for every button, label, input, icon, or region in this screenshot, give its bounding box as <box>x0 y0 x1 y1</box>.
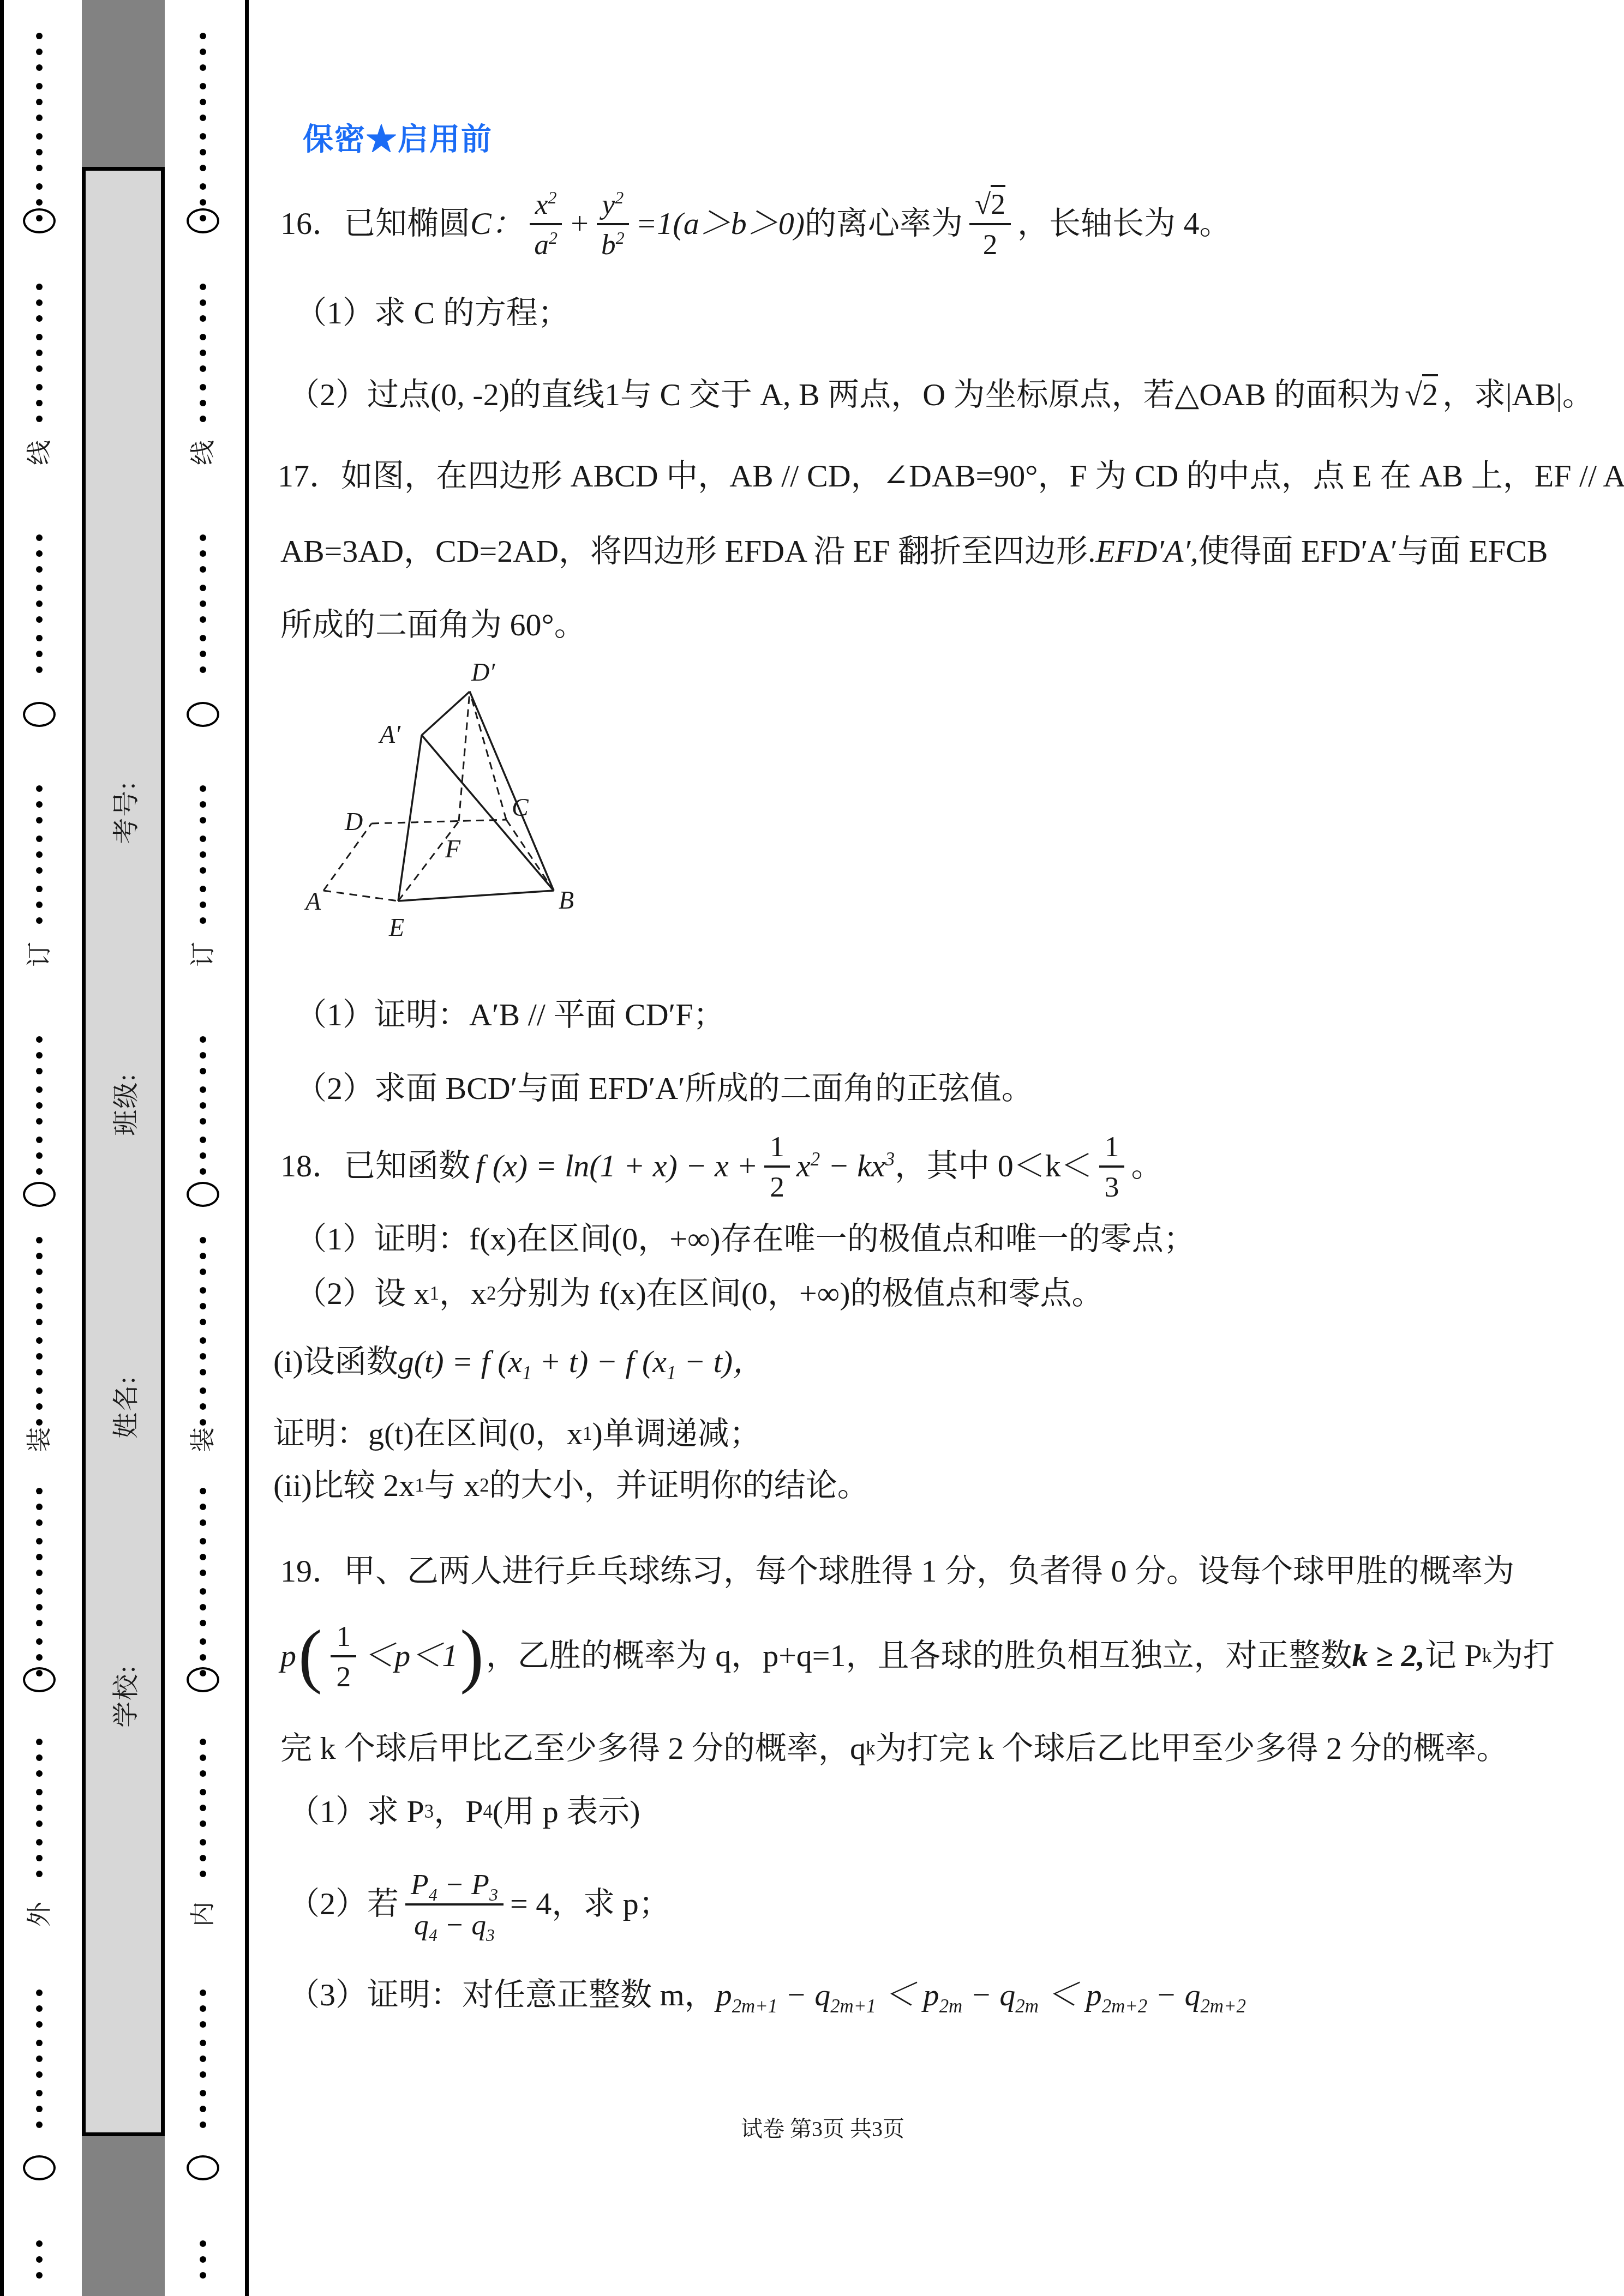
p19-q3-expression: p2m+1 − q2m+1 ＜ p2m − q2m ＜ p2m+2 − q2m+… <box>716 1976 1246 2015</box>
p16-middle-text: 的离心率为 <box>805 205 963 243</box>
dot-group <box>36 534 43 573</box>
problem-19-q1: （1）求 P3，P4(用 p 表示) <box>288 1793 640 1831</box>
figure-label-D: D <box>344 808 363 836</box>
frac-num: 1 <box>764 1131 790 1168</box>
problem-18-line1: 18．已知函数 f (x) = ln(1 + x) − x + 1 2 x2 −… <box>280 1114 1162 1218</box>
frac-den-minus: − <box>438 1908 472 1941</box>
p18-kx-sup: 3 <box>885 1148 895 1169</box>
dot-group <box>36 1036 43 1074</box>
figure-label-A: A <box>304 887 321 915</box>
p19-line1-text: 19．甲、乙两人进行乒乓球练习，每个球胜得 1 分，负者得 0 分。设每个球甲胜… <box>280 1552 1514 1591</box>
frac-den: 2 <box>770 1168 784 1201</box>
dot-group <box>200 2240 206 2279</box>
p18-ii-c: 的大小，并证明你的结论。 <box>489 1466 869 1505</box>
problem-19-line3: 完 k 个球后甲比乙至少多得 2 分的概率，qk 为打完 k 个球后乙比甲至少多… <box>280 1729 1508 1768</box>
expr-q: − q <box>777 1977 830 2012</box>
p18-i-prefix: (i)设函数 <box>273 1343 398 1381</box>
dot-group <box>200 635 206 673</box>
dot-group <box>36 83 43 121</box>
p16-q1-text: （1）求 C 的方程； <box>295 294 570 333</box>
problem-17-line3: 所成的二面角为 60°。 <box>280 606 586 645</box>
dot-group <box>200 585 206 623</box>
dot-group <box>200 2090 206 2128</box>
x1-sub: 1 <box>522 1362 531 1384</box>
p17-q2-text: （2）求面 BCD′与面 EFD′A′所成的二面角的正弦值。 <box>295 1069 1033 1108</box>
frac-den: 3 <box>1105 1168 1119 1201</box>
problem-16-q2: （2）过点(0, -2)的直线1与 C 交于 A, B 两点，O 为坐标原点，若… <box>288 376 1594 414</box>
p19-k-condition: k ≥ 2, <box>1352 1637 1425 1675</box>
dot-group <box>36 33 43 71</box>
dot-group <box>200 2040 206 2078</box>
dot-group <box>200 1287 206 1325</box>
frac-num: x <box>535 188 548 220</box>
p16-number: 16．已知椭圆 <box>280 205 470 243</box>
dot-group <box>36 1086 43 1125</box>
frac-num: y <box>602 188 615 220</box>
frac-num-P: P <box>471 1868 489 1901</box>
p18-fraction-half: 1 2 <box>764 1131 790 1202</box>
dot-group <box>200 886 206 924</box>
dot-group <box>200 133 206 171</box>
dot-group <box>36 284 43 322</box>
dot-group <box>36 2240 43 2279</box>
p19-q1-c: (用 p 表示) <box>493 1793 640 1831</box>
p19-p-var: p <box>280 1637 296 1675</box>
problem-17-q2: （2）求面 BCD′与面 EFD′A′所成的二面角的正弦值。 <box>295 1069 1033 1108</box>
p19-q2-fraction: P4 − P3 q4 − q3 <box>405 1868 504 1940</box>
expr-sub: 2m <box>1015 1996 1039 2017</box>
student-info-label: 学校: <box>82 1655 164 1737</box>
expr-part: + t) − f (x <box>532 1344 667 1379</box>
p16-plus: + <box>568 205 590 243</box>
p18-function-def: f (x) = ln(1 + x) − x + <box>476 1147 758 1186</box>
expr-p: ＜ p <box>1039 1977 1102 2012</box>
dot-group <box>36 1387 43 1426</box>
expr-part: g(t) = f (x <box>398 1344 523 1379</box>
figure-label-F: F <box>445 835 461 863</box>
figure-label-D-prime: D′ <box>471 658 495 686</box>
p18-x: x <box>796 1148 811 1183</box>
margin-char-订: 订 <box>27 942 52 967</box>
p18-kx: − kx <box>820 1148 885 1183</box>
p17-line1-text: 17．如图，在四边形 ABCD 中，AB // CD，∠DAB=90°，F 为 … <box>278 457 1624 496</box>
margin-char-线: 线 <box>27 440 52 465</box>
frac-den: 2 <box>983 225 998 259</box>
p18-fraction-third: 1 3 <box>1099 1131 1125 1202</box>
p19-q3-prefix: （3）证明：对任意正整数 m， <box>288 1976 716 2015</box>
dot-group <box>36 1237 43 1275</box>
figure-label-B: B <box>559 886 574 914</box>
student-info-label: 考号: <box>82 772 164 854</box>
punch-circle <box>187 1182 219 1207</box>
frac-den: b <box>601 228 616 261</box>
p16-q2-text: （2）过点(0, -2)的直线1与 C 交于 A, B 两点，O 为坐标原点，若… <box>288 376 1400 414</box>
student-info-label: 姓名: <box>82 1366 164 1448</box>
dot-group <box>200 384 206 422</box>
secret-banner-text: 保密★启用前 <box>303 121 493 158</box>
expr-q: − q <box>962 1977 1015 2012</box>
expr-q: − q <box>1147 1977 1200 2012</box>
problem-17-line1: 17．如图，在四边形 ABCD 中，AB // CD，∠DAB=90°，F 为 … <box>278 457 1624 496</box>
problem-17-line2: AB=3AD，CD=2AD，将四边形 EFDA 沿 EF 翻折至四边形. EFD… <box>280 532 1548 571</box>
punch-circle <box>23 702 56 727</box>
punch-circle <box>23 2155 56 2180</box>
geometry-figure: D′ A′ D C F A E B <box>304 654 588 976</box>
figure-label-C: C <box>512 794 529 821</box>
frac-den-sub: 3 <box>486 1925 495 1945</box>
p16-fraction-y: y2 b2 <box>597 188 630 260</box>
expr-p: ＜ p <box>876 1977 939 2012</box>
secret-banner: 保密★启用前 <box>303 121 493 158</box>
p16-q2-sqrt2: √2 <box>1405 376 1438 414</box>
problem-18-item-i: (i)设函数 g(t) = f (x1 + t) − f (x1 − t)， <box>273 1343 764 1381</box>
dot-group <box>200 83 206 121</box>
margin-char-装: 装 <box>27 1427 52 1452</box>
frac-den-q: q <box>471 1908 486 1941</box>
p18-ii-a: (ii)比较 2x <box>273 1466 415 1505</box>
expr-sub: 2m+1 <box>732 1996 777 2017</box>
figure-label-A-prime: A′ <box>378 720 401 748</box>
expr-sub: 2m+2 <box>1102 1996 1147 2017</box>
problem-19-line2: p ( 1 2 ＜p＜1 ) ，乙胜的概率为 q，p+q=1，且各球的胜负相互独… <box>280 1604 1555 1708</box>
margin-char-内: 内 <box>190 1902 215 1927</box>
p18-number: 18．已知函数 <box>280 1147 470 1186</box>
page-left-border <box>0 0 4 2296</box>
x1-sub: 1 <box>667 1362 676 1384</box>
frac-num-minus: − <box>438 1868 472 1901</box>
frac-num: 1 <box>331 1620 356 1657</box>
frac-den: a <box>534 228 549 261</box>
expr-p: p <box>716 1977 732 2012</box>
margin-char-外: 外 <box>27 1902 52 1927</box>
dot-group <box>36 133 43 171</box>
dot-group <box>200 183 206 221</box>
page-footer: 试卷 第3页 共3页 <box>741 2116 904 2143</box>
problem-17-q1: （1）证明：A′B // 平面 CD′F； <box>295 996 725 1035</box>
dot-group <box>36 1638 43 1676</box>
p18-poly-terms: x2 − kx3 <box>796 1147 895 1186</box>
frac-num-sup: 2 <box>615 188 624 207</box>
radical-sign: √ <box>975 188 991 220</box>
frac-num-P: P <box>411 1868 429 1901</box>
p18-q2-c: 分别为 f(x)在区间(0，+∞)的极值点和零点。 <box>496 1275 1103 1313</box>
p17-line3-text: 所成的二面角为 60°。 <box>280 606 586 645</box>
p18-q2-b: ，x <box>439 1275 487 1313</box>
dot-group <box>200 284 206 322</box>
frac-num-sup: 2 <box>548 188 556 207</box>
problem-18-q1: （1）证明：f(x)在区间(0，+∞)存在唯一的极值点和唯一的零点； <box>295 1220 1195 1259</box>
punch-circle <box>187 702 219 727</box>
radicand: 2 <box>1422 374 1438 412</box>
dot-group <box>200 1488 206 1526</box>
dot-group <box>200 1789 206 1827</box>
p18-proof-b: )单调递减； <box>592 1415 760 1453</box>
problem-19-q3: （3）证明：对任意正整数 m， p2m+1 − q2m+1 ＜ p2m − q2… <box>288 1976 1246 2015</box>
dot-group <box>36 1137 43 1175</box>
dot-group <box>200 534 206 573</box>
binding-strip-bottom-box <box>82 2132 165 2296</box>
dot-group <box>36 1337 43 1375</box>
dot-group <box>36 886 43 924</box>
expr-sub: 2m <box>939 1996 963 2017</box>
dot-group <box>36 1588 43 1626</box>
dot-group <box>200 1739 206 1777</box>
dot-group <box>36 1739 43 1777</box>
dot-group <box>36 334 43 372</box>
dot-group <box>200 1036 206 1074</box>
p16-curve-label: C： <box>470 205 523 243</box>
p17-line2-text-a: AB=3AD，CD=2AD，将四边形 EFDA 沿 EF 翻折至四边形. <box>280 532 1096 571</box>
dot-group <box>200 1990 206 2028</box>
p16-tail-text: ，长轴长为 4。 <box>1017 205 1231 243</box>
margin-char-线: 线 <box>190 440 215 465</box>
p16-eccentricity-fraction: √2 2 <box>969 188 1011 260</box>
dot-group <box>200 1237 206 1275</box>
problem-19-q2: （2）若 P4 − P3 q4 − q3 = 4，求 p； <box>288 1852 670 1956</box>
frac-den-sup: 2 <box>549 228 558 248</box>
margin-char-订: 订 <box>190 942 215 967</box>
binding-strip-left-line <box>82 0 86 2296</box>
p18-q2-a: （2）设 x <box>295 1275 430 1313</box>
expr-sub: 2m+2 <box>1200 1996 1245 2017</box>
p17-folded-quad-label: EFD′A′, <box>1096 532 1198 571</box>
frac-den: 2 <box>336 1657 351 1691</box>
dot-group <box>200 33 206 71</box>
expr-sub: 2m+1 <box>830 1996 876 2017</box>
dot-group <box>200 836 206 874</box>
binding-strip-top-box <box>82 0 165 171</box>
p19-fraction-half: 1 2 <box>331 1620 356 1692</box>
margin-char-装: 装 <box>190 1427 215 1452</box>
p18-middle-text: ，其中 0＜k＜ <box>895 1147 1093 1186</box>
problem-18-proof-line: 证明：g(t)在区间(0，x1)单调递减； <box>273 1415 761 1453</box>
frac-den-sup: 2 <box>616 228 625 248</box>
exam-paper-page: 线订装外 线订装内 考号:班级:姓名:学校: 保密★启用前 16．已知椭圆 C：… <box>0 0 1624 2296</box>
dot-group <box>36 1990 43 2028</box>
problem-19-line1: 19．甲、乙两人进行乒乓球练习，每个球胜得 1 分，负者得 0 分。设每个球甲胜… <box>280 1552 1514 1591</box>
dot-group <box>200 1588 206 1626</box>
problem-18-q2: （2）设 x1，x2 分别为 f(x)在区间(0，+∞)的极值点和零点。 <box>295 1275 1103 1313</box>
dot-group <box>36 2040 43 2078</box>
p19-line2-text: ，乙胜的概率为 q，p+q=1，且各球的胜负相互独立，对正整数 <box>486 1637 1352 1675</box>
dot-group <box>200 785 206 824</box>
p19-q2-tail: = 4，求 p； <box>510 1885 670 1924</box>
p19-q1-a: （1）求 P <box>288 1793 424 1831</box>
binding-strip-right-line <box>161 0 165 2296</box>
p16-fraction-x: x2 a2 <box>530 188 562 260</box>
expr-part: − t)， <box>676 1344 765 1379</box>
p19-line3-b: 为打完 k 个球后乙比甲至少多得 2 分的概率。 <box>875 1729 1508 1768</box>
frac-num-sub: 3 <box>489 1884 498 1904</box>
dot-group <box>36 1538 43 1576</box>
dot-group <box>36 785 43 824</box>
figure-solid-edges <box>398 692 554 901</box>
dot-group <box>200 1086 206 1125</box>
p19-line3-a: 完 k 个球后甲比乙至少多得 2 分的概率，q <box>280 1729 866 1768</box>
radicand: 2 <box>991 185 1005 220</box>
dot-group <box>36 1839 43 1877</box>
binding-strip-background <box>86 0 161 2296</box>
dot-group <box>200 1137 206 1175</box>
dot-group <box>200 1387 206 1426</box>
p19-q2-prefix: （2）若 <box>288 1885 399 1924</box>
p18-x-sup: 2 <box>811 1148 820 1169</box>
dot-group <box>36 1488 43 1526</box>
content-divider-line <box>245 0 249 2296</box>
dot-group <box>36 384 43 422</box>
punch-circle <box>187 2155 219 2180</box>
dot-group <box>200 1638 206 1676</box>
p19-q1-b: ，P <box>434 1793 483 1831</box>
punch-circle <box>23 1182 56 1207</box>
p17-line2-text-b: 使得面 EFD′A′与面 EFCB <box>1198 532 1548 571</box>
dot-group <box>36 635 43 673</box>
p16-equals-condition: =1(a＞b＞0) <box>636 205 805 243</box>
dot-group <box>36 585 43 623</box>
problem-16-q1: （1）求 C 的方程； <box>295 294 570 333</box>
figure-label-E: E <box>388 913 404 941</box>
p16-q2-tail: ，求|AB|。 <box>1442 376 1594 414</box>
frac-den-q: q <box>414 1908 429 1941</box>
frac-num: 1 <box>1099 1131 1125 1168</box>
dot-group <box>200 334 206 372</box>
dot-group <box>36 2090 43 2128</box>
dot-group <box>200 1538 206 1576</box>
p19-line2-text-d: 为打 <box>1491 1637 1555 1675</box>
dot-group <box>36 1789 43 1827</box>
dot-group <box>200 1839 206 1877</box>
p18-i-expression: g(t) = f (x1 + t) − f (x1 − t)， <box>398 1343 764 1381</box>
dot-group <box>36 183 43 221</box>
p18-ii-b: 与 x <box>424 1466 480 1505</box>
problem-18-item-ii: (ii)比较 2x1 与 x2 的大小，并证明你的结论。 <box>273 1466 869 1505</box>
frac-num-sub: 4 <box>429 1884 438 1904</box>
dot-group <box>200 1337 206 1375</box>
student-info-label: 班级: <box>82 1063 164 1145</box>
radical-sign: √ <box>1405 377 1422 412</box>
dot-group <box>36 1287 43 1325</box>
p18-end-punct: 。 <box>1131 1147 1162 1186</box>
p19-inequality: ＜p＜1 <box>363 1637 458 1675</box>
p18-proof-a: 证明：g(t)在区间(0，x <box>273 1415 583 1453</box>
problem-16-line1: 16．已知椭圆 C： x2 a2 + y2 b2 =1(a＞b＞0) 的离心率为… <box>280 172 1231 275</box>
p18-q1-text: （1）证明：f(x)在区间(0，+∞)存在唯一的极值点和唯一的零点； <box>295 1220 1195 1259</box>
frac-den-sub: 4 <box>429 1925 438 1945</box>
p19-line2-text-c: 记 P <box>1425 1637 1482 1675</box>
page-footer-text: 试卷 第3页 共3页 <box>741 2116 904 2143</box>
p17-q1-text: （1）证明：A′B // 平面 CD′F； <box>295 996 725 1035</box>
dot-group <box>36 836 43 874</box>
